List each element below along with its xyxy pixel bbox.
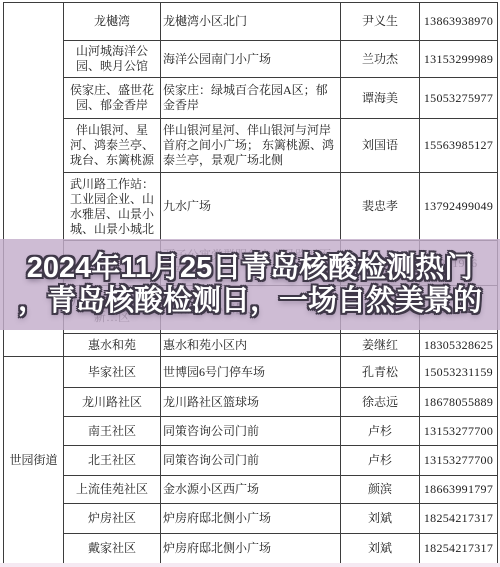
phone-cell: 18254217317 <box>420 504 498 534</box>
phone-cell: 13792499049 <box>420 173 498 241</box>
table-row: 侯家庄、盛世花园、郁金香岸侯家庄：绿城百合花园A区；郁金香岸谭海美1505327… <box>4 78 498 119</box>
page: 龙樾湾龙樾湾小区北门尹义生13863938970山河城海洋公园、映月公馆海洋公园… <box>0 0 500 567</box>
address-cell: 世博园6号门停车场 <box>161 357 341 388</box>
address-cell: 九水广场 <box>161 173 341 241</box>
contact-name-cell: 裴忠孝 <box>341 173 420 241</box>
address-cell: 炉房府邸北侧小广场 <box>161 504 341 534</box>
table-row: 武川路工作站：工业园企业、山水雅居、山景小城、山景小城北九水广场裴忠孝13792… <box>4 173 498 241</box>
contact-name-cell: 卢杉 <box>341 446 420 476</box>
table-row: 上流佳苑社区金水源小区西广场颜滨18663991797 <box>4 476 498 504</box>
table-row: 戴家社区炉房府邸北侧小广场刘斌18254217317 <box>4 534 498 564</box>
community-cell: 侯家庄、盛世花园、郁金香岸 <box>64 78 161 119</box>
phone-cell: 13153277700 <box>420 417 498 446</box>
community-cell: 武川路工作站：工业园企业、山水雅居、山景小城、山景小城北 <box>64 173 161 241</box>
table-row: 北王社区同策咨询公司门前卢杉13153277700 <box>4 446 498 476</box>
address-cell: 同策咨询公司门前 <box>161 446 341 476</box>
phone-cell: 13153277700 <box>420 446 498 476</box>
phone-cell: 13863938970 <box>420 3 498 41</box>
contact-name-cell: 刘斌 <box>341 504 420 534</box>
community-cell: 山河城海洋公园、映月公馆 <box>64 41 161 78</box>
phone-cell: 18305328625 <box>420 334 498 357</box>
table-row: 龙川路社区龙川路社区篮球场徐志远18678055889 <box>4 388 498 417</box>
contact-name-cell: 卢杉 <box>341 417 420 446</box>
community-cell: 惠水和苑 <box>64 334 161 357</box>
table-row: 山河城海洋公园、映月公馆海洋公园南门小广场兰功杰13153299989 <box>4 41 498 78</box>
contact-name-cell: 尹义生 <box>341 3 420 41</box>
phone-cell: 18663991797 <box>420 476 498 504</box>
street-cell: 世园街道 <box>4 357 64 564</box>
contact-name-cell: 颜滨 <box>341 476 420 504</box>
address-cell: 惠水和苑小区内 <box>161 334 341 357</box>
address-cell: 伴山银河星河、伴山银河与河岸首府之间小广场； 东篱桃源、鸿泰兰亭，景观广场北侧 <box>161 119 341 173</box>
address-cell: 龙川路社区篮球场 <box>161 388 341 417</box>
phone-cell: 18254217317 <box>420 534 498 564</box>
table-row: 世园街道毕家社区世博园6号门停车场孔青松15053231159 <box>4 357 498 388</box>
address-cell: 侯家庄：绿城百合花园A区；郁金香岸 <box>161 78 341 119</box>
contact-name-cell: 刘斌 <box>341 534 420 564</box>
phone-cell: 18678055889 <box>420 388 498 417</box>
address-cell: 炉房府邸北侧小广场 <box>161 534 341 564</box>
contact-name-cell: 徐志远 <box>341 388 420 417</box>
community-cell: 炉房社区 <box>64 504 161 534</box>
community-cell: 上流佳苑社区 <box>64 476 161 504</box>
contact-name-cell: 谭海美 <box>341 78 420 119</box>
address-cell: 同策咨询公司门前 <box>161 417 341 446</box>
address-cell: 龙樾湾小区北门 <box>161 3 341 41</box>
community-cell: 龙樾湾 <box>64 3 161 41</box>
table-row: 龙樾湾龙樾湾小区北门尹义生13863938970 <box>4 3 498 41</box>
community-cell: 伴山银河、星河、鸿泰兰亭、珑台、东篱桃源 <box>64 119 161 173</box>
contact-name-cell: 孔青松 <box>341 357 420 388</box>
phone-cell: 15563985127 <box>420 119 498 173</box>
address-cell: 金水源小区西广场 <box>161 476 341 504</box>
bottom-strip <box>0 563 500 567</box>
community-cell: 南王社区 <box>64 417 161 446</box>
community-cell: 毕家社区 <box>64 357 161 388</box>
table-row: 南王社区同策咨询公司门前卢杉13153277700 <box>4 417 498 446</box>
contact-name-cell: 姜继红 <box>341 334 420 357</box>
community-cell: 北王社区 <box>64 446 161 476</box>
community-cell: 龙川路社区 <box>64 388 161 417</box>
title-overlay-banner: 2024年11月25日青岛核酸检测热门 ，青岛核酸检测日，一场自然美景的 <box>0 239 500 330</box>
contact-name-cell: 刘国语 <box>341 119 420 173</box>
table-row: 伴山银河、星河、鸿泰兰亭、珑台、东篱桃源伴山银河星河、伴山银河与河岸首府之间小广… <box>4 119 498 173</box>
table-row: 炉房社区炉房府邸北侧小广场刘斌18254217317 <box>4 504 498 534</box>
address-cell: 海洋公园南门小广场 <box>161 41 341 78</box>
overlay-title-line2: ，青岛核酸检测日，一场自然美景的 <box>18 285 482 318</box>
phone-cell: 13153299989 <box>420 41 498 78</box>
table-row: 惠水和苑惠水和苑小区内姜继红18305328625 <box>4 334 498 357</box>
overlay-title-line1: 2024年11月25日青岛核酸检测热门 <box>27 252 473 285</box>
phone-cell: 15053275977 <box>420 78 498 119</box>
community-cell: 戴家社区 <box>64 534 161 564</box>
contact-name-cell: 兰功杰 <box>341 41 420 78</box>
phone-cell: 15053231159 <box>420 357 498 388</box>
